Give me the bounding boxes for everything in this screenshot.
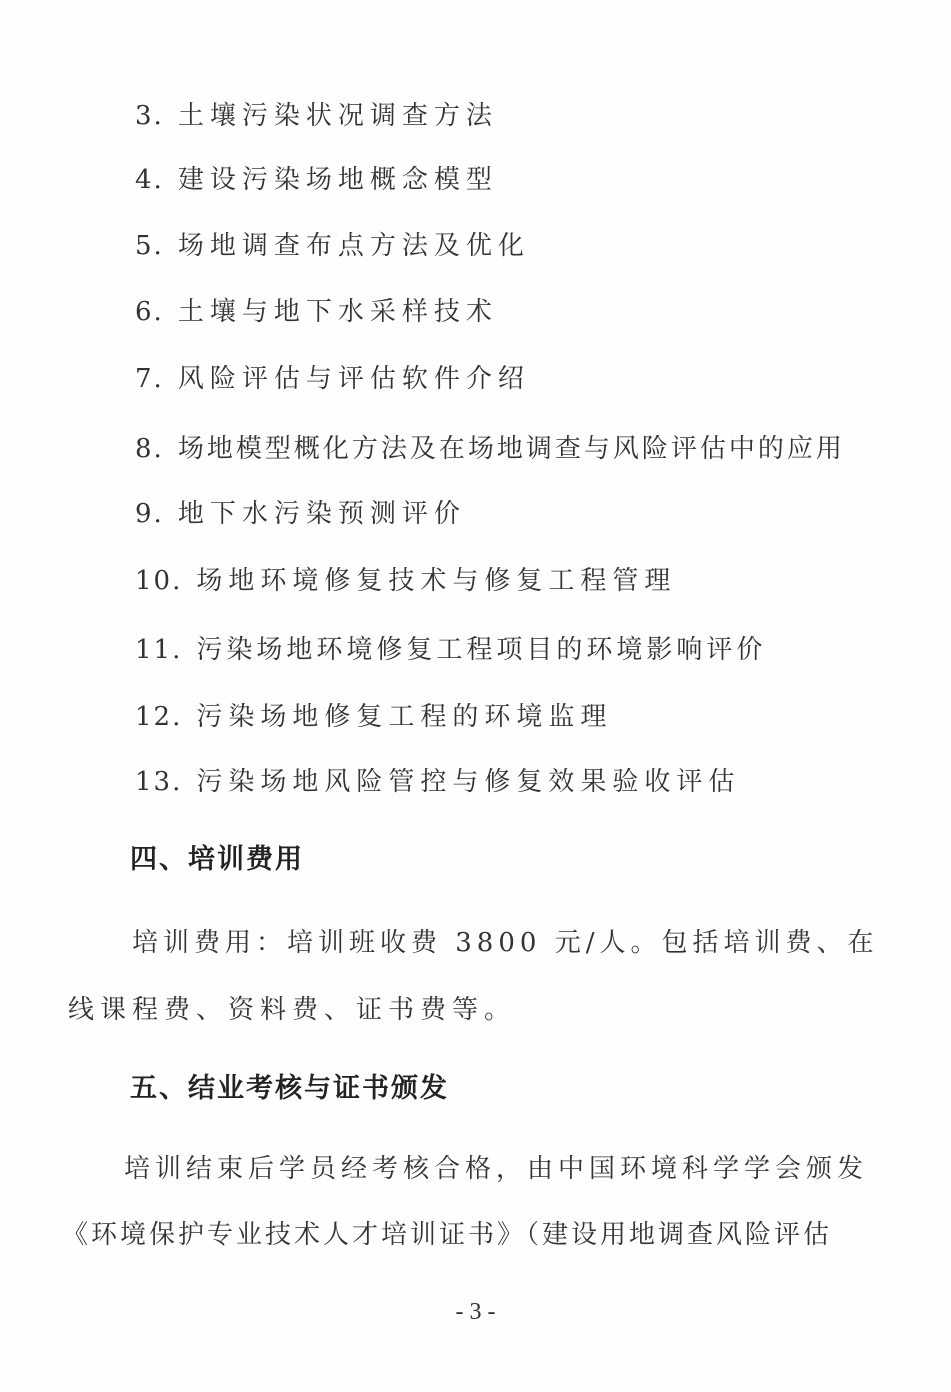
list-text: 污染场地环境修复工程项目的环境影响评价 bbox=[196, 635, 766, 665]
list-item: 12.污染场地修复工程的环境监理 bbox=[135, 704, 612, 730]
paragraph-line: 培训费用：培训班收费 3800 元/人。包括培训费、在 bbox=[132, 930, 878, 956]
list-text: 建设污染场地概念模型 bbox=[178, 165, 498, 195]
list-text: 地下水污染预测评价 bbox=[178, 499, 466, 529]
list-number: 8. bbox=[135, 436, 164, 462]
list-item: 5.场地调查布点方法及优化 bbox=[135, 233, 530, 259]
list-text: 土壤与地下水采样技术 bbox=[178, 297, 498, 327]
list-item: 6.土壤与地下水采样技术 bbox=[135, 299, 498, 325]
list-item: 9.地下水污染预测评价 bbox=[135, 501, 466, 527]
document-page: 3.土壤污染状况调查方法 4.建设污染场地概念模型 5.场地调查布点方法及优化 … bbox=[0, 0, 951, 1392]
list-item: 13.污染场地风险管控与修复效果验收评估 bbox=[135, 769, 740, 795]
list-text: 场地环境修复技术与修复工程管理 bbox=[196, 566, 676, 596]
list-text: 场地模型概化方法及在场地调查与风险评估中的应用 bbox=[178, 434, 845, 464]
list-number: 9. bbox=[135, 501, 164, 527]
list-text: 污染场地风险管控与修复效果验收评估 bbox=[196, 767, 740, 797]
paragraph-line: 《环境保护专业技术人才培训证书》（建设用地调查风险评估 bbox=[62, 1222, 832, 1248]
list-number: 12. bbox=[135, 704, 182, 730]
page-number: - 3 - bbox=[0, 1300, 951, 1324]
list-number: 13. bbox=[135, 769, 182, 795]
list-number: 7. bbox=[135, 366, 164, 392]
list-item: 3.土壤污染状况调查方法 bbox=[135, 103, 498, 129]
list-number: 6. bbox=[135, 299, 164, 325]
list-item: 11.污染场地环境修复工程项目的环境影响评价 bbox=[135, 637, 766, 663]
list-number: 3. bbox=[135, 103, 164, 129]
list-text: 场地调查布点方法及优化 bbox=[178, 231, 530, 261]
list-number: 10. bbox=[135, 568, 182, 594]
list-item: 10.场地环境修复技术与修复工程管理 bbox=[135, 568, 676, 594]
list-number: 5. bbox=[135, 233, 164, 259]
list-text: 土壤污染状况调查方法 bbox=[178, 101, 498, 131]
section-heading-fee: 四、培训费用 bbox=[130, 846, 304, 873]
paragraph-line: 培训结束后学员经考核合格，由中国环境科学学会颁发 bbox=[124, 1156, 868, 1182]
paragraph-line: 线课程费、资料费、证书费等。 bbox=[68, 997, 516, 1023]
list-item: 7.风险评估与评估软件介绍 bbox=[135, 366, 530, 392]
section-heading-certificate: 五、结业考核与证书颁发 bbox=[130, 1075, 449, 1102]
list-item: 8.场地模型概化方法及在场地调查与风险评估中的应用 bbox=[135, 436, 845, 462]
list-text: 风险评估与评估软件介绍 bbox=[178, 364, 530, 394]
list-text: 污染场地修复工程的环境监理 bbox=[196, 702, 612, 732]
list-number: 4. bbox=[135, 167, 164, 193]
list-number: 11. bbox=[135, 637, 182, 663]
list-item: 4.建设污染场地概念模型 bbox=[135, 167, 498, 193]
